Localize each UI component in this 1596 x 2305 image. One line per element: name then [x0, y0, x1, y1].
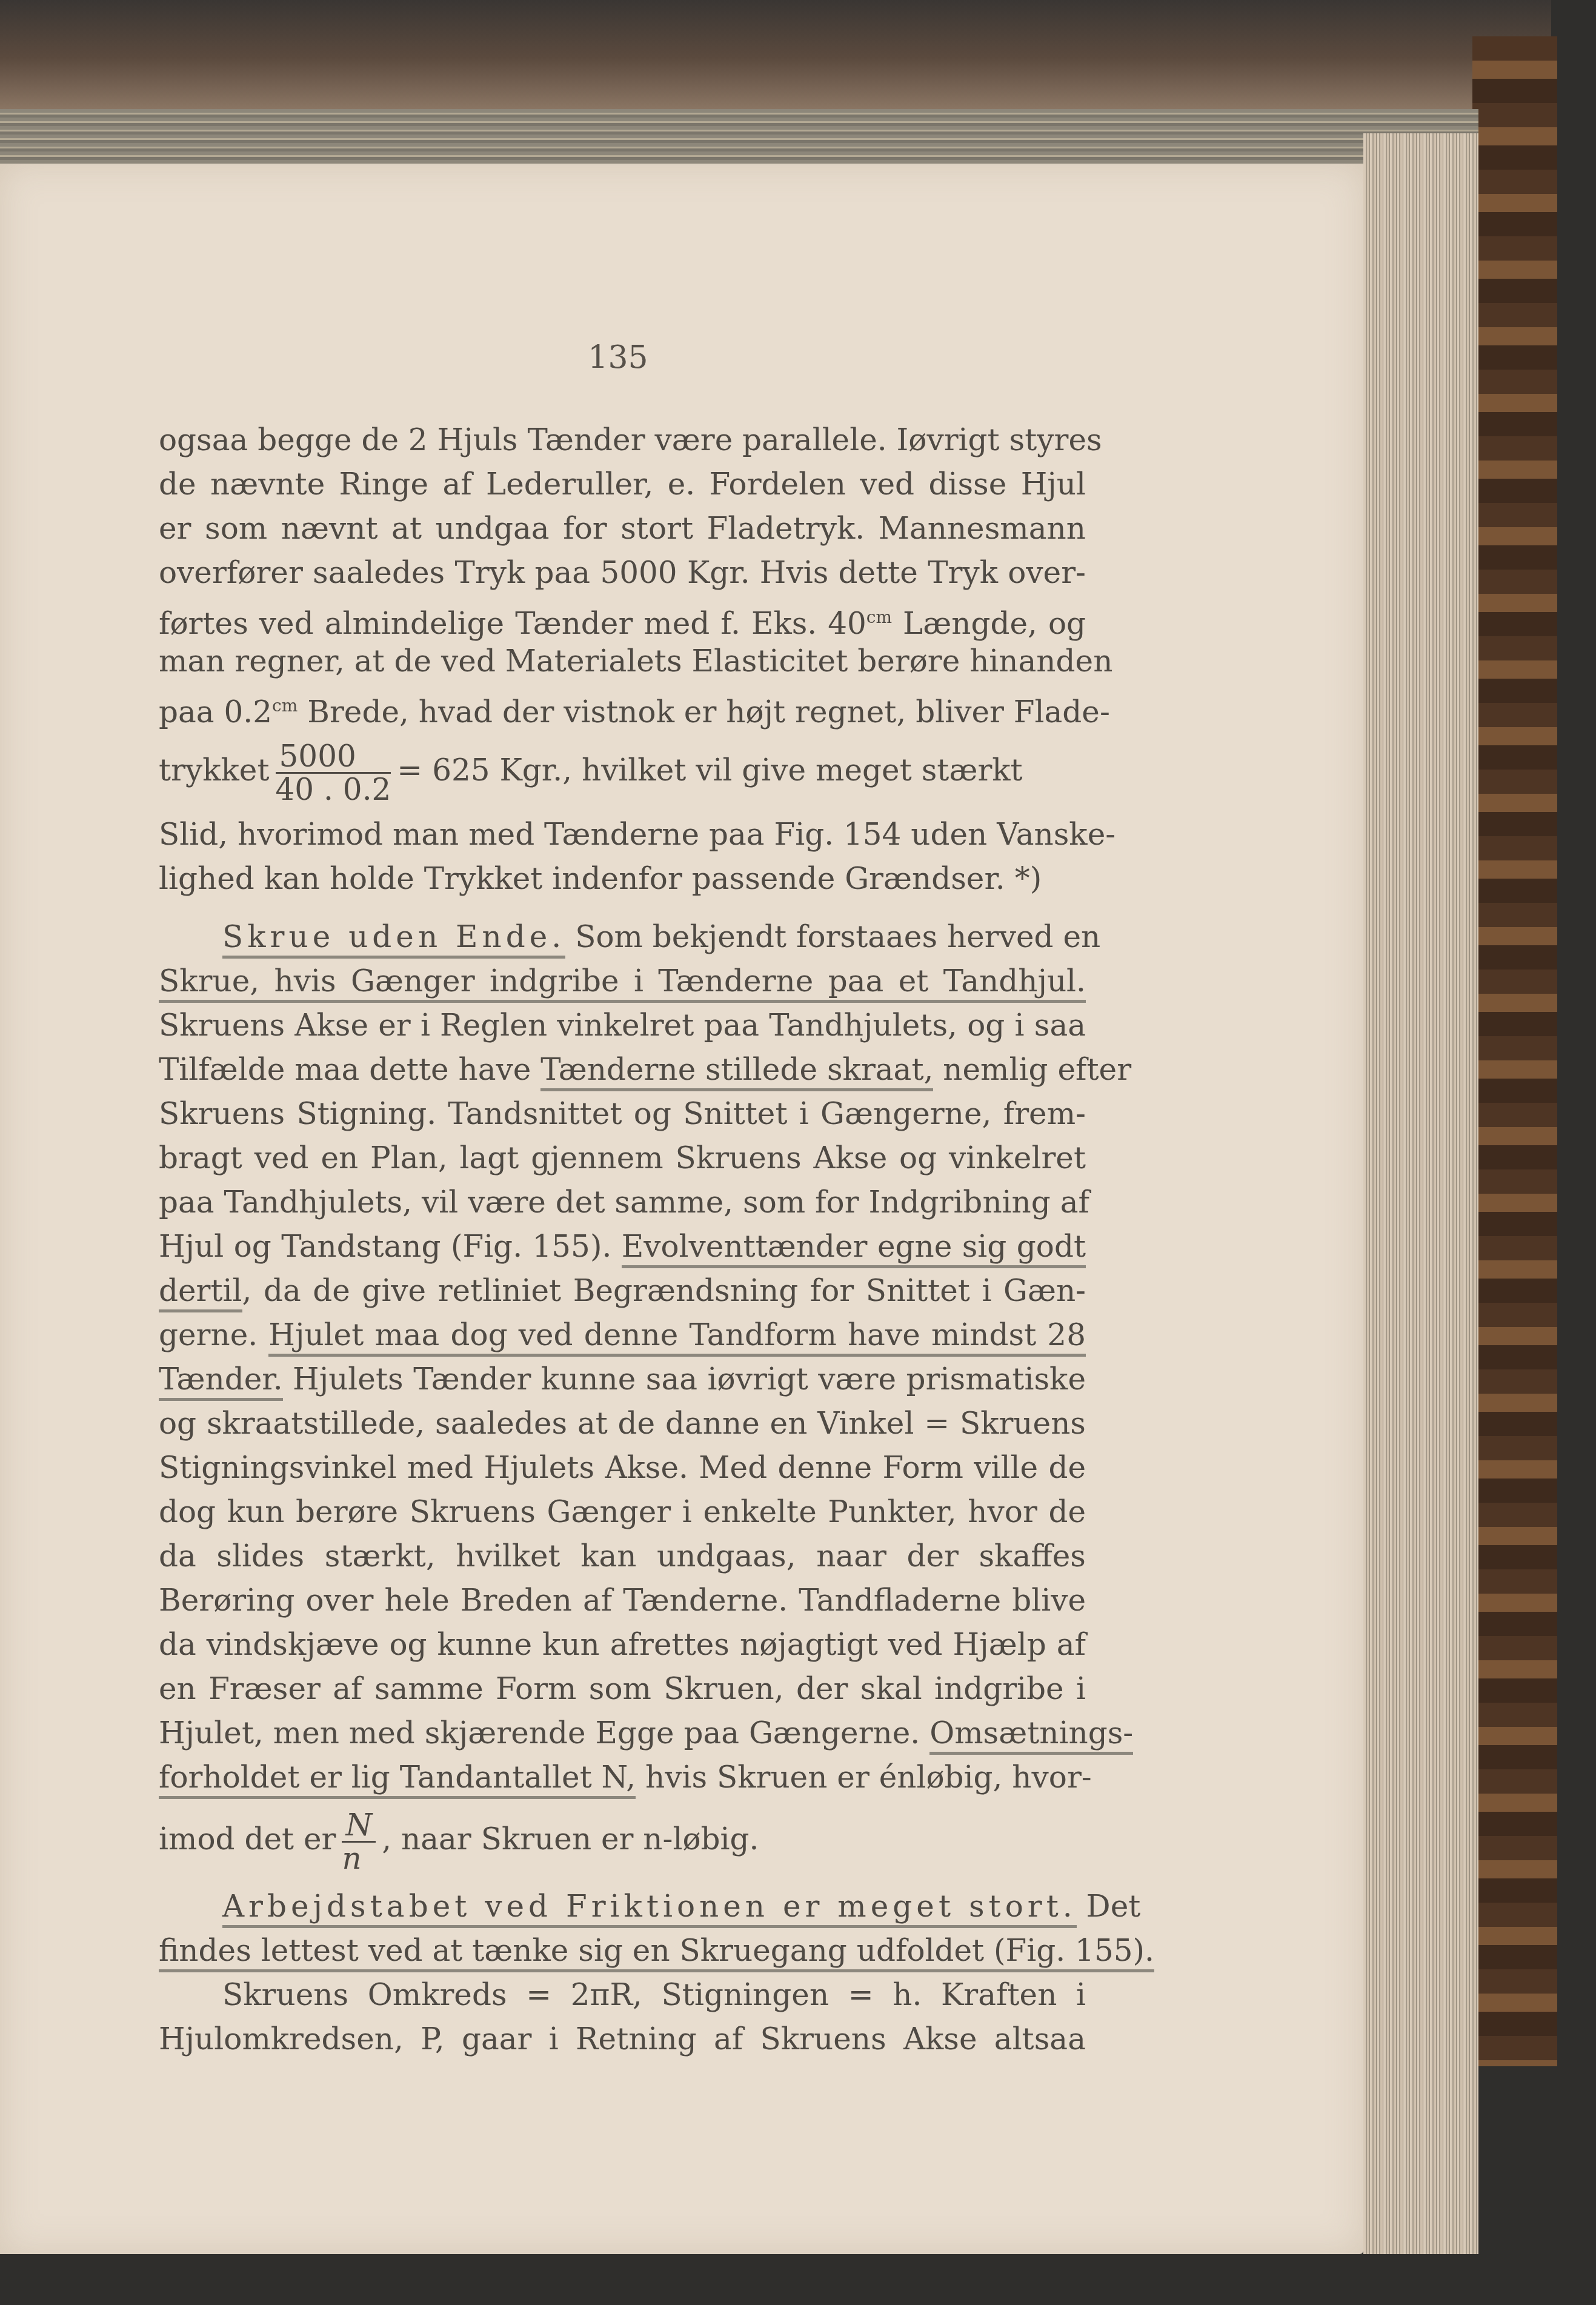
text-span: Hjulets Tænder kunne saa iøvrigt være pr…	[293, 1362, 1086, 1397]
text-line: førtes ved almindelige Tænder med f. Eks…	[159, 595, 1086, 639]
text-line: Stigningsvinkel med Hjulets Akse. Med de…	[159, 1446, 1086, 1490]
text-span: , naar Skruen er n-løbig.	[382, 1821, 759, 1857]
text-line: dertil, da de give retliniet Begrændsnin…	[159, 1269, 1086, 1313]
text-span: nemlig efter	[943, 1052, 1131, 1087]
underlined-text: Tænderne stillede skraat,	[540, 1052, 933, 1091]
text-line: Skruens Akse er i Reglen vinkelret paa T…	[159, 1003, 1086, 1048]
book-cover-spine-edge	[1472, 36, 1557, 2066]
text-line: Tilfælde maa dette have Tænderne stilled…	[159, 1048, 1086, 1092]
text-line: ogsaa begge de 2 Hjuls Tænder være paral…	[159, 418, 1086, 462]
text-span: imod det er	[159, 1821, 336, 1857]
paragraph-2: Skrue uden Ende. Som bekjendt forstaaes …	[159, 915, 1086, 1878]
fraction-denominator: n	[342, 1843, 376, 1874]
text-line: Skrue, hvis Gænger indgribe i Tænderne p…	[159, 959, 1086, 1003]
text-line: bragt ved en Plan, lagt gjennem Skruens …	[159, 1136, 1086, 1180]
underlined-text: Evolventtænder egne sig godt	[622, 1229, 1086, 1268]
text-line: man regner, at de ved Materialets Elasti…	[159, 639, 1086, 684]
formula-line: trykket500040 . 0.2= 625 Kgr., hvilket v…	[159, 728, 1086, 813]
text-span: gerne.	[159, 1317, 258, 1352]
unit-superscript: cm	[272, 696, 298, 716]
text-line: Skruens Omkreds = 2πR, Stigningen = h. K…	[159, 1973, 1086, 2017]
text-line: overfører saaledes Tryk paa 5000 Kgr. Hv…	[159, 551, 1086, 595]
text-span: lighed kan holde Trykket indenfor passen…	[159, 861, 1005, 896]
fraction-numerator: 5000	[276, 740, 391, 774]
text-span: Det	[1086, 1889, 1141, 1924]
text-span: paa 0.2	[159, 694, 272, 730]
text-line: Hjulomkredsen, P, gaar i Retning af Skru…	[159, 2017, 1086, 2061]
text-span: Som bekjendt forstaaes herved en	[575, 919, 1100, 954]
text-line: en Fræser af samme Form som Skruen, der …	[159, 1667, 1086, 1711]
underlined-text: forholdet er lig Tandantallet N,	[159, 1760, 636, 1799]
underlined-text: Tænder.	[159, 1362, 283, 1401]
text-line: paa 0.2cm Brede, hvad der vistnok er høj…	[159, 684, 1086, 728]
text-line: Berøring over hele Breden af Tænderne. T…	[159, 1578, 1086, 1623]
text-line: de nævnte Ringe af Lederuller, e. Fordel…	[159, 462, 1086, 507]
text-line: paa Tandhjulets, vil være det samme, som…	[159, 1180, 1086, 1225]
text-span: , da de give retliniet Begrændsning for …	[242, 1273, 1086, 1308]
text-span: førtes ved almindelige Tænder med f. Eks…	[159, 606, 866, 641]
paragraph-1: ogsaa begge de 2 Hjuls Tænder være paral…	[159, 418, 1086, 901]
underlined-text: dertil	[159, 1273, 242, 1312]
text-span: Hjulet, men med skjærende Egge paa Gænge…	[159, 1715, 920, 1751]
footnote-marker: *)	[1015, 861, 1042, 896]
paragraph-3: Arbejdstabet ved Friktionen er meget sto…	[159, 1884, 1086, 2061]
underlined-text: findes lettest ved at tænke sig en Skrue…	[159, 1933, 1154, 1972]
fraction: Nn	[342, 1809, 376, 1874]
text-line: Skruens Stigning. Tandsnittet og Snittet…	[159, 1092, 1086, 1136]
text-line: Tænder. Hjulets Tænder kunne saa iøvrigt…	[159, 1357, 1086, 1402]
fraction-denominator: 40 . 0.2	[276, 774, 391, 805]
text-line: og skraatstillede, saaledes at de danne …	[159, 1402, 1086, 1446]
text-line: gerne. Hjulet maa dog ved denne Tandform…	[159, 1313, 1086, 1357]
underlined-text: Omsætnings-	[929, 1715, 1133, 1755]
text-span: trykket	[159, 753, 270, 788]
page-stack-fore-edge	[1363, 133, 1478, 2254]
page-number: 135	[582, 339, 654, 376]
text-span: Tilfælde maa dette have	[159, 1052, 531, 1087]
section-heading: Skrue uden Ende.	[222, 919, 565, 959]
text-line: Hjul og Tandstang (Fig. 155). Evolventtæ…	[159, 1225, 1086, 1269]
text-line: Hjulet, men med skjærende Egge paa Gænge…	[159, 1711, 1086, 1755]
fraction-numerator: N	[342, 1809, 376, 1843]
text-span: = 625 Kgr., hvilket vil give meget stærk…	[397, 753, 1022, 788]
section-heading: Arbejdstabet ved Friktionen er meget sto…	[222, 1889, 1077, 1928]
underlined-text: Hjulet maa dog ved denne Tandform have m…	[268, 1317, 1086, 1357]
text-line: dog kun berøre Skruens Gænger i enkelte …	[159, 1490, 1086, 1534]
text-span: hvis Skruen er énløbig, hvor-	[645, 1760, 1092, 1795]
text-line: Skrue uden Ende. Som bekjendt forstaaes …	[159, 915, 1086, 959]
text-line: findes lettest ved at tænke sig en Skrue…	[159, 1929, 1086, 1973]
formula-line: imod det erNn, naar Skruen er n-løbig.	[159, 1800, 1086, 1878]
text-span: Længde, og	[892, 606, 1086, 641]
text-line: lighed kan holde Trykket indenfor passen…	[159, 857, 1086, 901]
text-line: forholdet er lig Tandantallet N, hvis Sk…	[159, 1755, 1086, 1800]
text-span: Brede, hvad der vistnok er højt regnet, …	[298, 694, 1110, 730]
text-line: Arbejdstabet ved Friktionen er meget sto…	[159, 1884, 1086, 1929]
unit-superscript: cm	[866, 607, 892, 627]
text-line: Slid, hvorimod man med Tænderne paa Fig.…	[159, 813, 1086, 857]
text-line: da vindskjæve og kunne kun afrettes nøja…	[159, 1623, 1086, 1667]
fraction: 500040 . 0.2	[276, 740, 391, 805]
text-line: er som nævnt at undgaa for stort Fladetr…	[159, 507, 1086, 551]
text-line: da slides stærkt, hvilket kan undgaas, n…	[159, 1534, 1086, 1578]
underlined-text: Skrue, hvis Gænger indgribe i Tænderne p…	[159, 963, 1086, 1003]
text-span: Hjul og Tandstang (Fig. 155).	[159, 1229, 611, 1264]
